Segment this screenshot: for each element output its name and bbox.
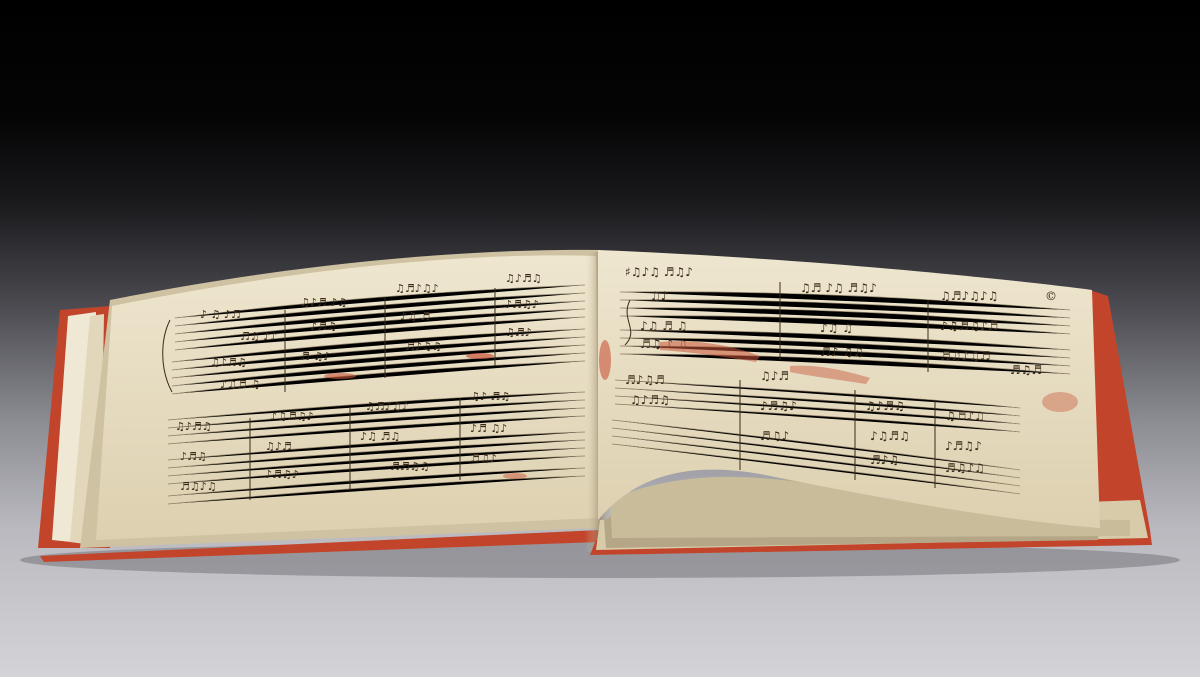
svg-text:♬♬♫♫: ♬♬♫♫: [390, 460, 429, 473]
svg-text:♫♪♬♫: ♫♪♬♫: [210, 356, 247, 369]
svg-text:♪♬ ♫♪: ♪♬ ♫♪: [470, 422, 507, 435]
svg-text:♪♫ ♬♫: ♪♫ ♬♫: [360, 430, 400, 443]
svg-text:♬♪♫: ♬♪♫: [870, 453, 899, 467]
photo-scene: ♪ ♫ ♪♬♬♫ ♪♪♫♪♬♫♪♫♬ ♫ ♫♪♬ ♪♫♪♬♫♬ ♫♪ ♫♬♪♫♪…: [0, 0, 1200, 677]
svg-text:♫♪♬: ♫♪♬: [760, 369, 789, 383]
svg-text:♪♬♫♪: ♪♬♫♪: [265, 468, 299, 481]
svg-text:♪♫ ♬ ♫: ♪♫ ♬ ♫: [640, 319, 688, 333]
svg-text:♪ ♫ ♪♬: ♪ ♫ ♪♬: [200, 308, 241, 321]
svg-text:♫♪♬♫: ♫♪♬♫: [505, 272, 542, 285]
svg-text:♬♪ ♫♫: ♬♪ ♫♫: [820, 345, 864, 359]
svg-text:♫♬♪♫: ♫♬♪♫: [945, 409, 985, 423]
svg-text:♪♬♫: ♪♬♫: [310, 320, 337, 333]
svg-text:♬♪♫♫: ♬♪♫♫: [405, 340, 442, 353]
svg-text:♬♫ ♪♪: ♬♫ ♪♪: [240, 330, 277, 343]
svg-text:♫♪♬ ♪♫: ♫♪♬ ♪♫: [300, 296, 347, 309]
svg-text:♫♬♪♫♪: ♫♬♪♫♪: [395, 282, 439, 295]
svg-text:♪♫ ♬: ♪♫ ♬: [400, 310, 430, 323]
svg-text:♪♬♫♪: ♪♬♫♪: [505, 298, 539, 311]
svg-text:♪♫♬♫♪♬: ♪♫♬♫♪♬: [940, 319, 998, 333]
svg-text:♪♫♬ ♫: ♪♫♬ ♫: [220, 378, 260, 391]
svg-text:♫♪ ♬♫: ♫♪ ♬♫: [470, 390, 510, 403]
svg-text:♬♫♪♫: ♬♫♪♫: [945, 461, 985, 475]
svg-text:♯♫♪♫ ♬♫♪: ♯♫♪♫ ♬♫♪: [625, 265, 693, 279]
svg-text:♪♫♬♫: ♪♫♬♫: [870, 429, 910, 443]
manuscript-book: ♪ ♫ ♪♬♬♫ ♪♪♫♪♬♫♪♫♬ ♫ ♫♪♬ ♪♫♪♬♫♬ ♫♪ ♫♬♪♫♪…: [0, 0, 1200, 677]
page-number-glyph: ©: [1045, 289, 1057, 303]
svg-text:♫♬♪♫♪: ♫♬♪♫♪: [365, 400, 409, 413]
svg-text:♫♬♪♫♪♫: ♫♬♪♫♪♫: [940, 289, 998, 303]
svg-text:♬♫♪♫♬: ♬♫♪♫♬: [940, 349, 991, 363]
svg-text:♪♬♫: ♪♬♫: [180, 450, 207, 463]
svg-text:♫♪♬♫: ♫♪♬♫: [175, 420, 212, 433]
svg-text:♪♫♬♫♪: ♪♫♬♫♪: [270, 410, 314, 423]
svg-text:♫♬ ♪♫ ♬♫♪: ♫♬ ♪♫ ♬♫♪: [800, 281, 877, 295]
left-page: ♪ ♫ ♪♬♬♫ ♪♪♫♪♬♫♪♫♬ ♫ ♫♪♬ ♪♫♪♬♫♬ ♫♪ ♫♬♪♫♪…: [80, 250, 600, 548]
svg-text:♫♪♬♫: ♫♪♬♫: [630, 393, 670, 407]
svg-text:♫♪♬: ♫♪♬: [265, 440, 292, 453]
svg-text:♫♪: ♫♪: [650, 289, 668, 303]
svg-text:♬♪♫♬: ♬♪♫♬: [625, 373, 665, 387]
svg-text:♪♬♫♪: ♪♬♫♪: [945, 439, 982, 453]
svg-text:♬♫♪: ♬♫♪: [760, 429, 789, 443]
svg-text:♬♫♪♫: ♬♫♪♫: [180, 480, 217, 493]
svg-text:♬ ♫♪: ♬ ♫♪: [300, 350, 330, 363]
svg-text:♬♫♪: ♬♫♪: [470, 452, 497, 465]
right-page: ♯♫♪♫ ♬♫♪♫♪♪♫ ♬ ♫ ♬♫ ♪ ♫♬♪♫♬♫♪♬♫ ♫♬ ♪♫ ♬♫…: [590, 250, 1152, 555]
svg-text:♪♬♫♪: ♪♬♫♪: [760, 399, 797, 413]
svg-text:♫♪♬♫: ♫♪♬♫: [865, 399, 905, 413]
svg-text:♪♫ ♫: ♪♫ ♫: [820, 321, 853, 335]
svg-text:♬♫♬: ♬♫♬: [1010, 363, 1042, 377]
svg-text:♫♬♪: ♫♬♪: [505, 326, 532, 339]
